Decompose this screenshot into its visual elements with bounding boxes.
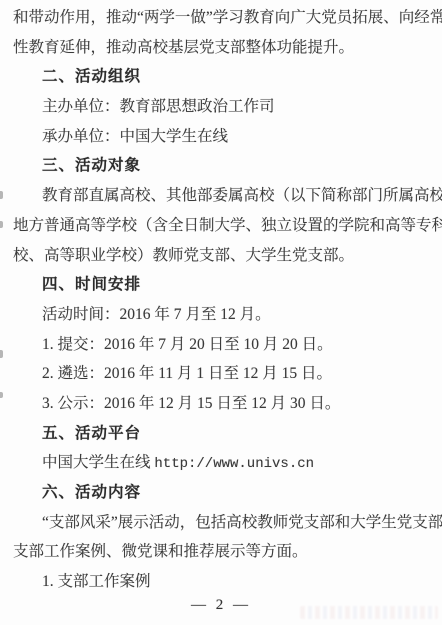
document-page: 和带动作用，推动“两学一做”学习教育向广大党员拓展、向经常性教育延伸，推动高校基…	[0, 0, 442, 625]
watermark	[300, 606, 438, 619]
scan-artifact	[0, 350, 3, 358]
platform-line: 中国大学生在线 http://www.univs.cn	[13, 448, 431, 478]
section-heading-schedule: 四、时间安排	[13, 270, 431, 300]
section-heading-content: 六、活动内容	[13, 478, 431, 508]
scan-artifact	[0, 191, 3, 199]
body-line: 支部工作案例、微党课和推荐展示等方面。	[13, 537, 431, 567]
section-heading-activity-organization: 二、活动组织	[13, 62, 431, 92]
schedule-item-select: 2. 遴选：2016 年 11 月 1 日至 12 月 15 日。	[13, 359, 431, 389]
schedule-overall-line: 活动时间：2016 年 7 月至 12 月。	[13, 300, 431, 330]
body-line: 教育部直属高校、其他部委属高校（以下简称部门所属高校）、	[13, 181, 431, 211]
scan-artifact	[0, 221, 3, 228]
organizer-line: 主办单位：教育部思想政治工作司	[13, 92, 431, 122]
schedule-item-submit: 1. 提交：2016 年 7 月 20 日至 10 月 20 日。	[13, 330, 431, 360]
body-line: 校、高等职业学校）教师党支部、大学生党支部。	[13, 241, 431, 271]
body-line: 和带动作用，推动“两学一做”学习教育向广大党员拓展、向经常	[13, 3, 431, 33]
co-organizer-line: 承办单位：中国大学生在线	[13, 122, 431, 152]
section-heading-platform: 五、活动平台	[13, 419, 431, 449]
body-line: “支部风采”展示活动，包括高校教师党支部和大学生党支部的	[13, 508, 431, 538]
body-line: 地方普通高等学校（含全日制大学、独立设置的学院和高等专科学	[13, 211, 431, 241]
section-heading-activity-targets: 三、活动对象	[13, 151, 431, 181]
platform-url: http://www.univs.cn	[154, 456, 314, 472]
schedule-item-publicize: 3. 公示：2016 年 12 月 15 日至 12 月 30 日。	[13, 389, 431, 419]
scan-artifact	[0, 392, 3, 398]
content-list-item-1: 1. 支部工作案例	[13, 567, 431, 597]
body-line: 性教育延伸，推动高校基层党支部整体功能提升。	[13, 33, 431, 63]
platform-site-name: 中国大学生在线	[42, 454, 154, 471]
document-body: 和带动作用，推动“两学一做”学习教育向广大党员拓展、向经常性教育延伸，推动高校基…	[13, 3, 431, 597]
